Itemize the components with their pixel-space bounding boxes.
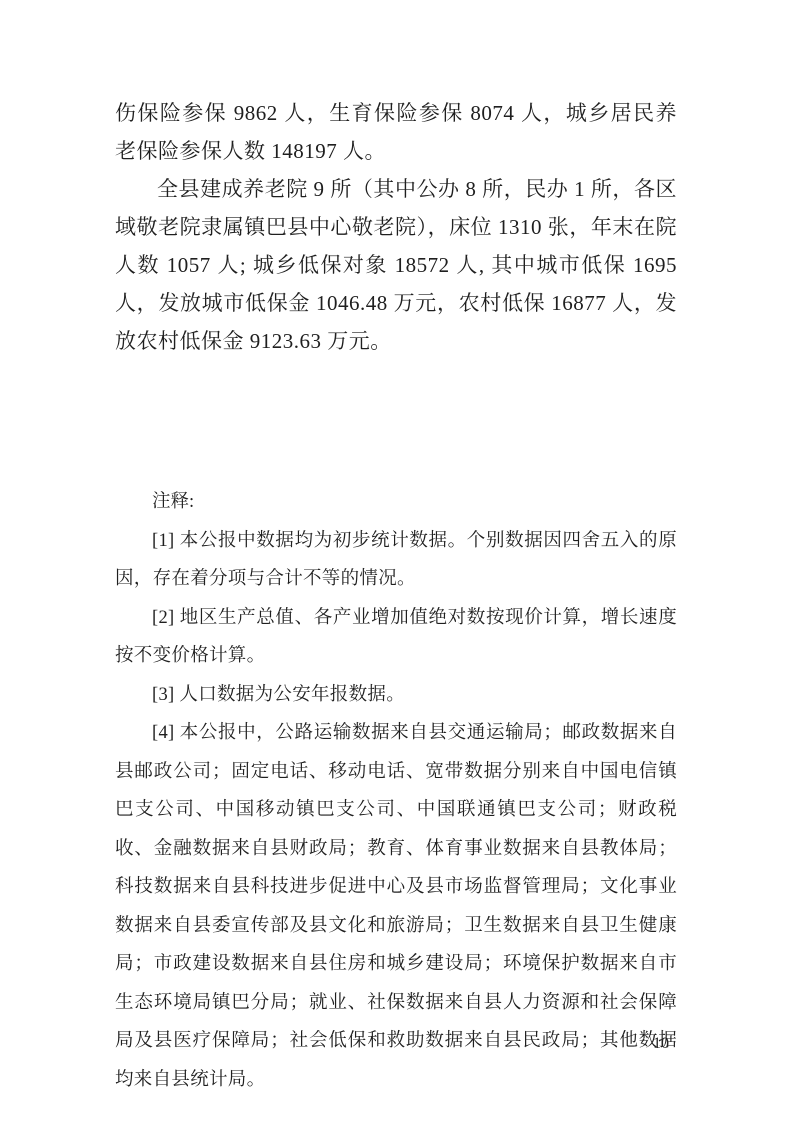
page-content: 伤保险参保 9862 人，生育保险参保 8074 人，城乡居民养老保险参保人数 … — [115, 94, 677, 1099]
note-item-4: [4] 本公报中，公路运输数据来自县交通运输局；邮政数据来自县邮政公司；固定电话… — [115, 714, 677, 1099]
body-paragraph-welfare: 全县建成养老院 9 所（其中公办 8 所，民办 1 所，各区域敬老院隶属镇巴县中… — [115, 170, 677, 360]
note-item-3: [3] 人口数据为公安年报数据。 — [115, 676, 677, 715]
body-paragraph-insurance: 伤保险参保 9862 人，生育保险参保 8074 人，城乡居民养老保险参保人数 … — [115, 94, 677, 170]
notes-section: 注释: [1] 本公报中数据均为初步统计数据。个别数据因四舍五入的原因，存在着分… — [115, 483, 677, 1099]
document-page: 伤保险参保 9862 人，生育保险参保 8074 人，城乡居民养老保险参保人数 … — [0, 0, 793, 1122]
note-item-2: [2] 地区生产总值、各产业增加值绝对数按现价计算，增长速度按不变价格计算。 — [115, 599, 677, 676]
page-number: 10 — [653, 1033, 669, 1055]
note-item-1: [1] 本公报中数据均为初步统计数据。个别数据因四舍五入的原因，存在着分项与合计… — [115, 522, 677, 599]
notes-heading: 注释: — [115, 483, 677, 522]
